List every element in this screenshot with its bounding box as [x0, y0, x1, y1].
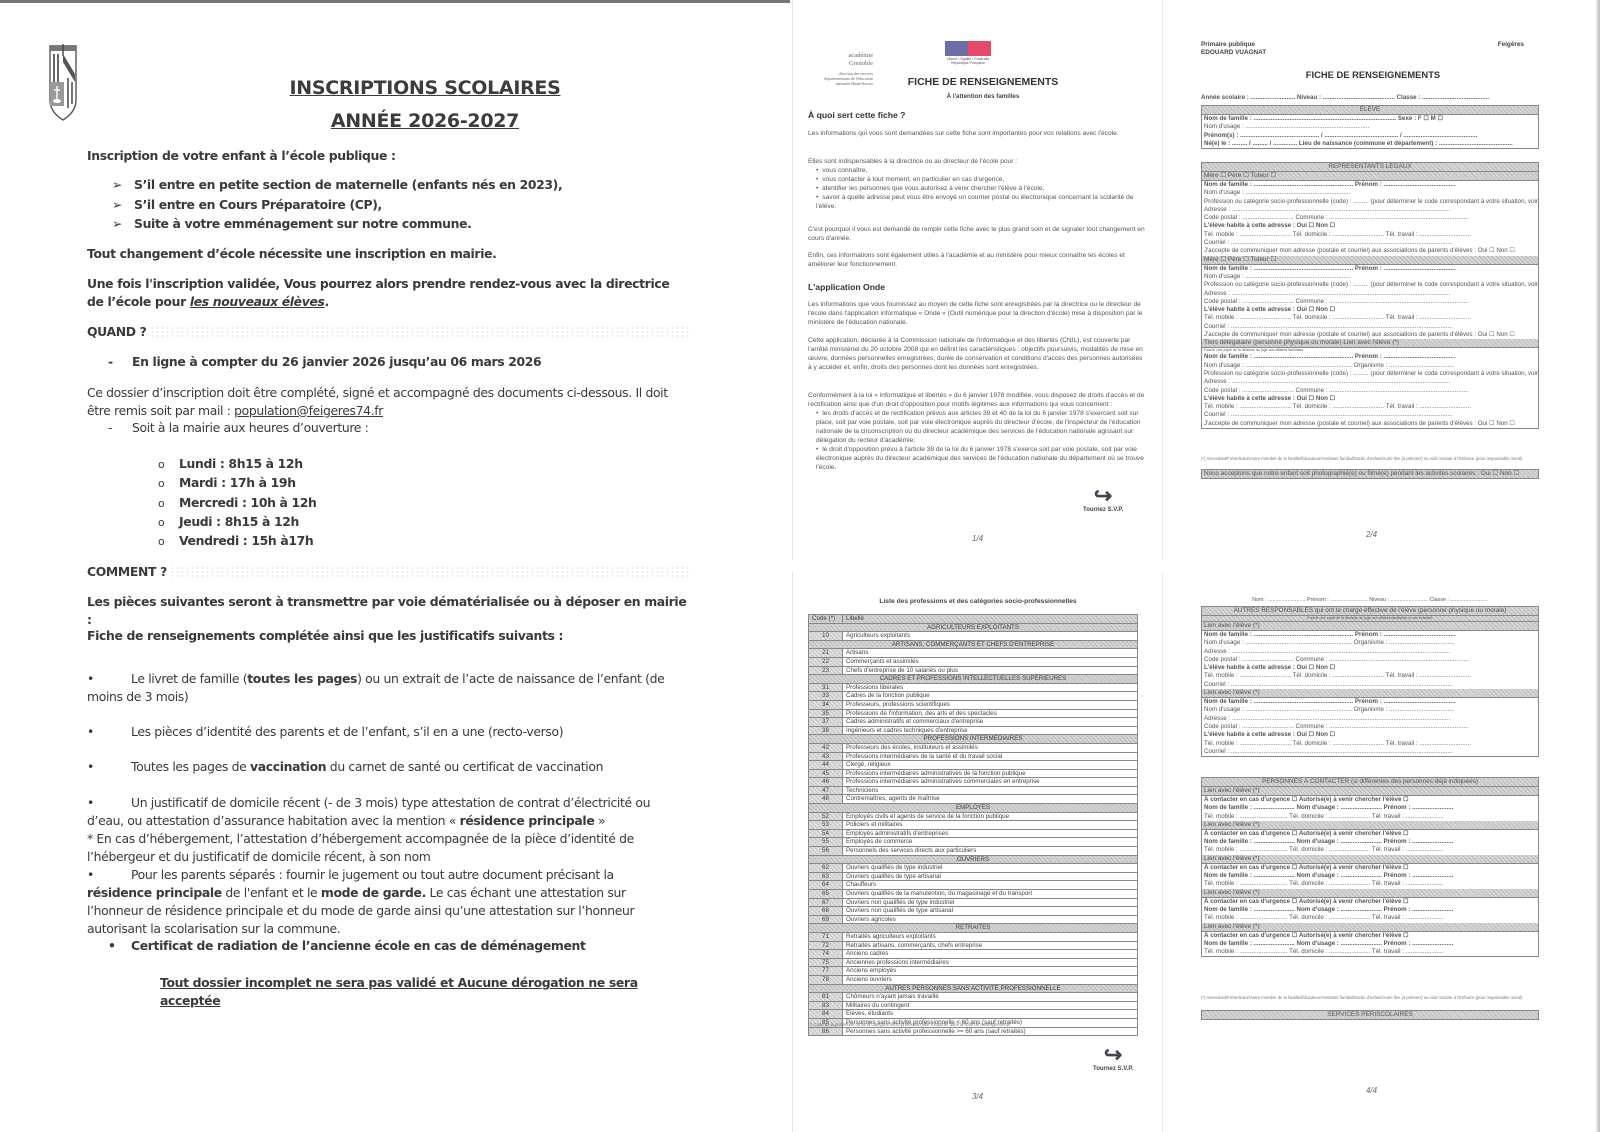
form-field-row[interactable]: Adresse : ..............................…	[1202, 378, 1538, 386]
form-field-row[interactable]: Nom de famille : .......................…	[1202, 181, 1538, 189]
table-row: 75Anciennes professions intermédiaires	[809, 958, 1138, 967]
form-field-row[interactable]: À contacter en cas d'urgence ☐ Autorisé(…	[1202, 796, 1538, 804]
section-header: ÉLÈVE	[1202, 106, 1538, 115]
doc-item-family-book: •Le livret de famille (toutes les pages)…	[87, 670, 677, 706]
table-row: 64Chauffeurs	[809, 881, 1138, 890]
category-group-row: OUVRIERS	[809, 855, 1138, 864]
form-field-row[interactable]: Courriel : .............................…	[1202, 748, 1538, 756]
form-field-row[interactable]: Nom d'usage : ..........................…	[1202, 123, 1538, 131]
pupil-id-line: Nom : ......................... Prénom :…	[1201, 597, 1539, 603]
relationship-header: Lien avec l'élève (*)	[1202, 923, 1538, 932]
list-item: oJeudi : 8h15 à 12h	[158, 514, 317, 533]
table-row: 31Professions libérales	[809, 683, 1138, 692]
periscolaire-section: SERVICES PÉRISCOLAIRES	[1201, 1010, 1539, 1020]
new-pupils-link[interactable]: les nouveaux élèves	[190, 294, 325, 309]
table-row: 42Professeurs des écoles, instituteurs e…	[809, 743, 1138, 752]
townhall-option: -Soit à la mairie aux heures d’ouverture…	[108, 420, 369, 435]
circle-bullet-icon: o	[158, 458, 179, 471]
section-heading: L'application Onde	[808, 282, 885, 292]
arrow-bullet-icon: ➢	[112, 216, 134, 231]
category-group-row: RETRAITÉS	[809, 924, 1138, 933]
relationship-header: Lien avec l'élève (*)	[1202, 889, 1538, 898]
form-page-1: académie Grenoble direction des services…	[792, 0, 1162, 560]
form-field-row[interactable]: Courriel : .............................…	[1202, 411, 1538, 419]
table-row: 54Employés administratifs d'entreprises	[809, 829, 1138, 838]
page-title: FICHE DE RENSEIGNEMENTS	[863, 76, 1103, 88]
list-item: oVendredi : 15h à17h	[158, 533, 317, 552]
doc-item-identity: •Les pièces d’identité des parents et de…	[87, 723, 687, 741]
category-group-row: PROFESSIONS INTERMÉDIAIRES	[809, 735, 1138, 744]
other-guardians-section: AUTRES RESPONSABLES qui ont la charge ef…	[1201, 606, 1539, 757]
form-field-row[interactable]: L'élève habite à cette adresse : Oui ☐ N…	[1202, 731, 1538, 739]
form-field-row[interactable]: À contacter en cas d'urgence ☐ Autorisé(…	[1202, 932, 1538, 940]
enrollment-cases-list: ➢S’il entre en petite section de materne…	[112, 177, 562, 236]
table-row: 81Chômeurs n'ayant jamais travaillé	[809, 993, 1138, 1002]
form-field-row[interactable]: Tél. mobile : ..........................…	[1202, 231, 1538, 239]
change-note: Tout changement d’école nécessite une in…	[87, 245, 687, 263]
table-row: 62Ouvriers qualifiés de type industriel	[809, 864, 1138, 873]
table-row: 21Artisans	[809, 649, 1138, 658]
crest-icon	[48, 42, 78, 122]
form-field-row[interactable]: Nom de famille : .......................…	[1202, 804, 1538, 812]
arrow-bullet-icon: ➢	[112, 197, 134, 212]
doc-item-radiation-certificate: •Certificat de radiation de l’ancienne é…	[108, 937, 708, 955]
footnote: (*) Code de la profession ou de la catég…	[808, 1022, 1146, 1027]
paragraph: Elles sont indispensables à la directric…	[808, 157, 1146, 211]
table-row: 45Professions intermédiaires administrat…	[809, 769, 1138, 778]
page-number: 3/4	[793, 1092, 1162, 1101]
form-field-row[interactable]: Nom de famille : .......................…	[1202, 265, 1538, 273]
form-field-row[interactable]: Nom d'usage : ..........................…	[1202, 189, 1538, 197]
table-row: 65Ouvriers qualifiés de la manutention, …	[809, 890, 1138, 899]
scan-edge	[1596, 0, 1600, 1132]
table-row: 84Élèves, étudiants	[809, 1010, 1138, 1019]
form-field-row[interactable]: Tél. mobile : ..........................…	[1202, 740, 1538, 748]
form-page-2: Primaire publique EDOUARD VUAGNAT Feigèr…	[1162, 0, 1600, 560]
circle-bullet-icon: o	[158, 535, 179, 548]
section-header: AUTRES RESPONSABLES qui ont la charge ef…	[1202, 607, 1538, 616]
table-row: 35Professions de l'information, des arts…	[809, 709, 1138, 718]
table-row: 72Retraités artisans, commerçants, chefs…	[809, 941, 1138, 950]
form-field-row[interactable]: J'accepte de communiquer mon adresse (po…	[1202, 331, 1538, 339]
relationship-header: Lien avec l'élève (*)	[1202, 622, 1538, 631]
dossier-text: Ce dossier d’inscription doit être compl…	[87, 384, 677, 420]
page-title: Liste des professions et des catégories …	[813, 598, 1143, 605]
form-field-row[interactable]: À contacter en cas d'urgence ☐ Autorisé(…	[1202, 898, 1538, 906]
scan-noise	[150, 326, 690, 338]
form-field-row[interactable]: Tél. mobile : ..........................…	[1202, 914, 1538, 922]
list-item: ➢S’il entre en petite section de materne…	[112, 177, 562, 197]
form-field-row[interactable]: L'élève habite à cette adresse : Oui ☐ N…	[1202, 395, 1538, 403]
table-row: 33Cadres de la fonction publique	[809, 692, 1138, 701]
opening-hours-list: oLundi : 8h15 à 12h oMardi : 17h à 19h o…	[158, 456, 317, 552]
table-row: 71Retraités agriculteurs exploitants	[809, 932, 1138, 941]
form-field-row[interactable]: Code postal : ..........................…	[1202, 214, 1538, 222]
flyer-title: INSCRIPTIONS SCOLAIRES	[200, 77, 650, 99]
online-period: -En ligne à compter du 26 janvier 2026 j…	[108, 354, 541, 369]
circle-bullet-icon: o	[158, 477, 179, 490]
list-item: oMardi : 17h à 19h	[158, 475, 317, 494]
table-row: 67Ouvriers non qualifiés de type industr…	[809, 898, 1138, 907]
form-field-row[interactable]: Prénom(s) : ............................…	[1202, 132, 1538, 140]
paragraph: Les informations qui vous sont demandées…	[808, 129, 1146, 138]
municipal-crest-logo	[48, 42, 78, 122]
list-item: ➢Suite à votre emménagement sur notre co…	[112, 216, 562, 236]
form-field-row[interactable]: Nom d'usage : ..........................…	[1202, 273, 1538, 281]
form-field-row[interactable]: Courriel : .............................…	[1202, 323, 1538, 331]
section-header: REPRÉSENTANTS LÉGAUX	[1202, 163, 1538, 172]
form-field-row[interactable]: Courriel : .............................…	[1202, 681, 1538, 689]
pupil-section: ÉLÈVE Nom de famille : .................…	[1201, 105, 1539, 149]
section-header: PERSONNES À CONTACTER (si différentes de…	[1202, 778, 1538, 787]
table-row: 23Chefs d'entreprise de 10 salariés ou p…	[809, 666, 1138, 675]
paragraph: Enfin, ces informations sont également u…	[808, 251, 1146, 269]
form-field-row[interactable]: Nom d'usage : ..........................…	[1202, 362, 1538, 370]
form-field-row[interactable]: Nom de famille : .......................…	[1202, 906, 1538, 914]
paragraph: C'est pourquoi il vous est demandé de re…	[808, 225, 1146, 243]
form-field-row[interactable]: J'accepte de communiquer mon adresse (po…	[1202, 247, 1538, 255]
flyer-year: ANNÉE 2026-2027	[200, 110, 650, 132]
section-heading: À quoi sert cette fiche ?	[808, 110, 905, 120]
delegate-header: Tiers délégataire (personne physique ou …	[1202, 339, 1538, 348]
form-field-row[interactable]: Profession ou catégorie socio-profession…	[1202, 370, 1538, 378]
relationship-header: Lien avec l'élève (*)	[1202, 855, 1538, 864]
form-field-row[interactable]: Code postal : ..........................…	[1202, 298, 1538, 306]
form-field-row[interactable]: Né(e) le : ......... / ......... / .....…	[1202, 140, 1538, 148]
form-field-row[interactable]: Adresse : ..............................…	[1202, 715, 1538, 723]
table-row: 86Personnes sans activité professionnell…	[809, 1027, 1138, 1036]
contacts-section: PERSONNES À CONTACTER (si différentes de…	[1201, 777, 1539, 957]
docs-intro: Fiche de renseignements complétée ainsi …	[87, 627, 687, 645]
school-year-line: Année scolaire : .......................…	[1201, 94, 1539, 101]
paragraph: Cette application, déclarée à la Commiss…	[808, 336, 1146, 372]
form-page-3: Liste des professions et des catégories …	[792, 572, 1162, 1132]
incomplete-file-warning: Tout dossier incomplet ne sera pas valid…	[160, 974, 650, 1010]
table-row: 56Personnels des services directs aux pa…	[809, 847, 1138, 856]
form-field-row[interactable]: Courriel : .............................…	[1202, 239, 1538, 247]
list-item: oLundi : 8h15 à 12h	[158, 456, 317, 475]
curved-arrow-icon: ↪	[1083, 485, 1123, 507]
turn-page-note: ↪ Tournez S.V.P.	[1083, 485, 1123, 513]
form-field-row[interactable]: À contacter en cas d'urgence ☐ Autorisé(…	[1202, 830, 1538, 838]
table-row: 37Cadres administratifs et commerciaux d…	[809, 718, 1138, 727]
purpose-list: vous connaître, vous contacter à tout mo…	[808, 166, 1146, 211]
relationship-header: Lien avec l'élève (*)	[1202, 787, 1538, 796]
table-row: 34Professeurs, professions scientifiques	[809, 700, 1138, 709]
table-row: 52Employés civils et agents de service d…	[809, 812, 1138, 821]
table-row: 38Ingénieurs et cadres techniques d'entr…	[809, 726, 1138, 735]
profession-code-table: Code (*)Libellé AGRICULTEURS EXPLOITANTS…	[808, 614, 1138, 1036]
form-page-4: Nom : ......................... Prénom :…	[1162, 572, 1600, 1132]
category-group-row: EMPLOYÉS	[809, 804, 1138, 813]
page-number: 4/4	[1153, 1086, 1590, 1095]
form-field-row[interactable]: Code postal : ..........................…	[1202, 656, 1538, 664]
circle-bullet-icon: o	[158, 516, 179, 529]
circle-bullet-icon: o	[158, 497, 179, 510]
table-row: 53Policiers et militaires	[809, 821, 1138, 830]
doc-item-separated-parents: •Pour les parents séparés : fournir le j…	[87, 866, 682, 938]
table-row: 83Militaires du contingent	[809, 1001, 1138, 1010]
paragraph: Les informations que vous fournissez au …	[808, 300, 1146, 327]
relationship-header: Lien avec l'élève (*)	[1202, 821, 1538, 830]
doc-item-vaccination: •Toutes les pages de vaccination du carn…	[87, 758, 687, 776]
curved-arrow-icon: ↪	[1093, 1044, 1133, 1066]
form-field-row[interactable]: Code postal : ..........................…	[1202, 387, 1538, 395]
photo-consent: Nous acceptons que notre enfant soit pho…	[1201, 469, 1539, 479]
form-field-row[interactable]: Adresse : ..............................…	[1202, 648, 1538, 656]
representative-type-choice[interactable]: Mère ☐ Père ☐ Tuteur ☐	[1202, 256, 1538, 265]
rights-list: les droits d'accès et de rectification p…	[808, 409, 1146, 472]
table-row: 47Techniciens	[809, 786, 1138, 795]
form-field-row[interactable]: Nom d'usage : ..........................…	[1202, 639, 1538, 647]
category-group-row: CADRES ET PROFESSIONS INTELLECTUELLES SU…	[809, 675, 1138, 684]
form-field-row[interactable]: Tél. mobile : ..........................…	[1202, 813, 1538, 821]
form-field-row[interactable]: Profession ou catégorie socio-profession…	[1202, 281, 1538, 289]
form-field-row[interactable]: L'élève habite à cette adresse : Oui ☐ N…	[1202, 306, 1538, 314]
table-row: 69Ouvriers agricoles	[809, 915, 1138, 924]
turn-page-note: ↪ Tournez S.V.P.	[1093, 1044, 1133, 1072]
form-field-row[interactable]: Tél. mobile : ..........................…	[1202, 948, 1538, 956]
transmit-note: Les pièces suivantes seront à transmettr…	[87, 593, 687, 629]
form-field-row[interactable]: Nom de famille : .......................…	[1202, 698, 1538, 706]
intro-text: Inscription de votre enfant à l’école pu…	[87, 147, 687, 165]
form-field-row[interactable]: Tél. mobile : ..........................…	[1202, 672, 1538, 680]
arrow-bullet-icon: ➢	[112, 177, 134, 192]
footnote: (*) Ascendant/Frère/Sœur/Autre membre de…	[1201, 995, 1539, 1000]
table-row: 78Anciens ouvriers	[809, 975, 1138, 984]
scan-edge	[0, 0, 790, 3]
table-row: 68Ouvriers non qualifiés de type artisan…	[809, 907, 1138, 916]
form-field-row[interactable]: Nom de famille : .......................…	[1202, 115, 1538, 123]
category-group-row: AGRICULTEURS EXPLOITANTS	[809, 623, 1138, 632]
doc-item-proof-of-address: •Un justificatif de domicile récent (- d…	[87, 794, 682, 866]
scan-noise	[170, 566, 690, 578]
form-field-row[interactable]: Tél. mobile : ..........................…	[1202, 403, 1538, 411]
table-row: 48Contremaîtres, agents de maîtrise	[809, 795, 1138, 804]
representative-type-choice[interactable]: Mère ☐ Père ☐ Tuteur ☐	[1202, 172, 1538, 181]
form-field-row[interactable]: Code postal : ..........................…	[1202, 723, 1538, 731]
form-field-row[interactable]: Adresse : ..............................…	[1202, 206, 1538, 214]
category-group-row: AUTRES PERSONNES SANS ACTIVITÉ PROFESSIO…	[809, 984, 1138, 993]
page-number: 1/4	[793, 534, 1162, 543]
page-subtitle: À l'attention des familles	[863, 93, 1103, 100]
list-item: ➢S’il entre en Cours Préparatoire (CP),	[112, 197, 562, 217]
category-group-row: ARTISANS, COMMERÇANTS ET CHEFS D'ENTREPR…	[809, 640, 1138, 649]
republique-francaise-logo: Liberté • Égalité • Fraternité Républiqu…	[945, 41, 991, 67]
legal-representatives-section: REPRÉSENTANTS LÉGAUX Mère ☐ Père ☐ Tuteu…	[1201, 162, 1539, 429]
table-row: 44Clergé, religieux	[809, 761, 1138, 770]
page-number: 2/4	[1153, 530, 1590, 539]
email-link[interactable]: population@feigeres74.fr	[234, 403, 383, 418]
flyer-page: INSCRIPTIONS SCOLAIRES ANNÉE 2026-2027 I…	[0, 0, 790, 1132]
table-row: 43Professions intermédiaires de la santé…	[809, 752, 1138, 761]
list-item: oMercredi : 10h à 12h	[158, 495, 317, 514]
form-field-row[interactable]: Profession ou catégorie socio-profession…	[1202, 198, 1538, 206]
form-field-row[interactable]: Nom de famille : .......................…	[1202, 353, 1538, 361]
table-row: 10Agriculteurs exploitants	[809, 632, 1138, 641]
form-field-row[interactable]: Nom de famille : .......................…	[1202, 838, 1538, 846]
table-row: 63Ouvriers qualifiés de type artisanal	[809, 872, 1138, 881]
form-field-row[interactable]: Adresse : ..............................…	[1202, 290, 1538, 298]
table-row: 55Employés de commerce	[809, 838, 1138, 847]
form-field-row[interactable]: L'élève habite à cette adresse : Oui ☐ N…	[1202, 222, 1538, 230]
form-field-row[interactable]: Nom de famille : .......................…	[1202, 872, 1538, 880]
school-header: Primaire publique EDOUARD VUAGNAT	[1201, 41, 1266, 56]
form-field-row[interactable]: J'accepte de communiquer mon adresse (po…	[1202, 420, 1538, 428]
town-name: Feigères	[1498, 41, 1524, 48]
form-field-row[interactable]: Tél. mobile : ..........................…	[1202, 880, 1538, 888]
form-field-row[interactable]: Nom de famille : .......................…	[1202, 940, 1538, 948]
relationship-header: Lien avec l'élève (*)	[1202, 689, 1538, 698]
table-row: 74Anciens cadres	[809, 950, 1138, 959]
table-row: 22Commerçants et assimilés	[809, 657, 1138, 666]
form-field-row[interactable]: Nom d'usage : ..........................…	[1202, 706, 1538, 714]
form-field-row[interactable]: Tél. mobile : ..........................…	[1202, 846, 1538, 854]
appointment-text: Une fois l'inscription validée, Vous pou…	[87, 275, 677, 311]
form-field-row[interactable]: À contacter en cas d'urgence ☐ Autorisé(…	[1202, 864, 1538, 872]
footnote: (*) Ascendant/Frère/Sœur/Autre membre de…	[1201, 456, 1539, 461]
paragraph: Conformément à la loi « informatique et …	[808, 391, 1146, 472]
form-field-row[interactable]: Nom de famille : .......................…	[1202, 631, 1538, 639]
page-title: FICHE DE RENSEIGNEMENTS	[1243, 69, 1503, 80]
table-row: 46Professions intermédiaires administrat…	[809, 778, 1138, 787]
form-field-row[interactable]: Tél. mobile : ..........................…	[1202, 314, 1538, 322]
table-row: 77Anciens employés	[809, 967, 1138, 976]
form-field-row[interactable]: L'élève habite à cette adresse : Oui ☐ N…	[1202, 664, 1538, 672]
